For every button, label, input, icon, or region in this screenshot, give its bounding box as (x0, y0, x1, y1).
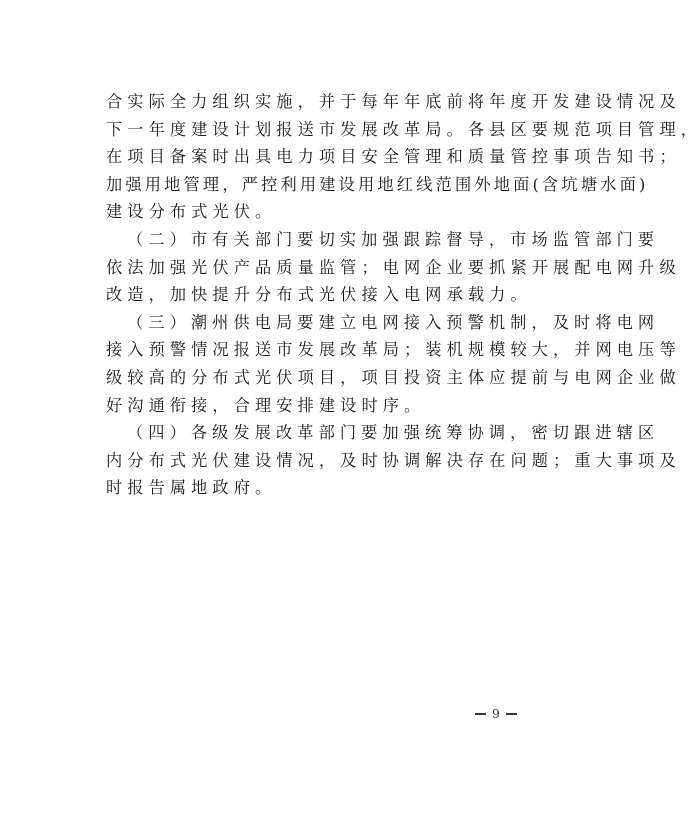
text-line: 建设分布式光伏。 (106, 198, 518, 226)
page-number: 9 (466, 707, 526, 721)
text-line: 加强用地管理，严控利用建设用地红线范围外地面(含坑塘水面) (106, 171, 518, 199)
paragraph-item-3: （三）潮州供电局要建立电网接入预警机制，及时将电网 接入预警情况报送市发展改革局… (106, 309, 518, 419)
text-line: 依法加强光伏产品质量监管；电网企业要抓紧开展配电网升级 (106, 254, 518, 282)
text-line: 时报告属地政府。 (106, 474, 518, 502)
dash-left (475, 713, 486, 715)
paragraph-continuation: 合实际全力组织实施，并于每年年底前将年度开发建设情况及 下一年度建设计划报送市发… (106, 88, 518, 226)
text-line: 接入预警情况报送市发展改革局；装机规模较大，并网电压等 (106, 336, 518, 364)
text-line: （四）各级发展改革部门要加强统筹协调，密切跟进辖区 (106, 419, 518, 447)
text-line: 下一年度建设计划报送市发展改革局。各县区要规范项目管理， (106, 116, 518, 144)
dash-right (506, 713, 517, 715)
text-line: （二）市有关部门要切实加强跟踪督导，市场监管部门要 (106, 226, 518, 254)
text-line: 内分布式光伏建设情况，及时协调解决存在问题；重大事项及 (106, 447, 518, 475)
page-number-value: 9 (492, 707, 500, 721)
text-line: 好沟通衔接，合理安排建设时序。 (106, 392, 518, 420)
text-line: 级较高的分布式光伏项目，项目投资主体应提前与电网企业做 (106, 364, 518, 392)
paragraph-item-4: （四）各级发展改革部门要加强统筹协调，密切跟进辖区 内分布式光伏建设情况，及时协… (106, 419, 518, 502)
body-text: 合实际全力组织实施，并于每年年底前将年度开发建设情况及 下一年度建设计划报送市发… (106, 88, 518, 502)
text-line: 在项目备案时出具电力项目安全管理和质量管控事项告知书； (106, 143, 518, 171)
paragraph-item-2: （二）市有关部门要切实加强跟踪督导，市场监管部门要 依法加强光伏产品质量监管；电… (106, 226, 518, 309)
text-line: 合实际全力组织实施，并于每年年底前将年度开发建设情况及 (106, 88, 518, 116)
document-page: 合实际全力组织实施，并于每年年底前将年度开发建设情况及 下一年度建设计划报送市发… (0, 0, 688, 821)
text-line: （三）潮州供电局要建立电网接入预警机制，及时将电网 (106, 309, 518, 337)
text-line: 改造，加快提升分布式光伏接入电网承载力。 (106, 281, 518, 309)
